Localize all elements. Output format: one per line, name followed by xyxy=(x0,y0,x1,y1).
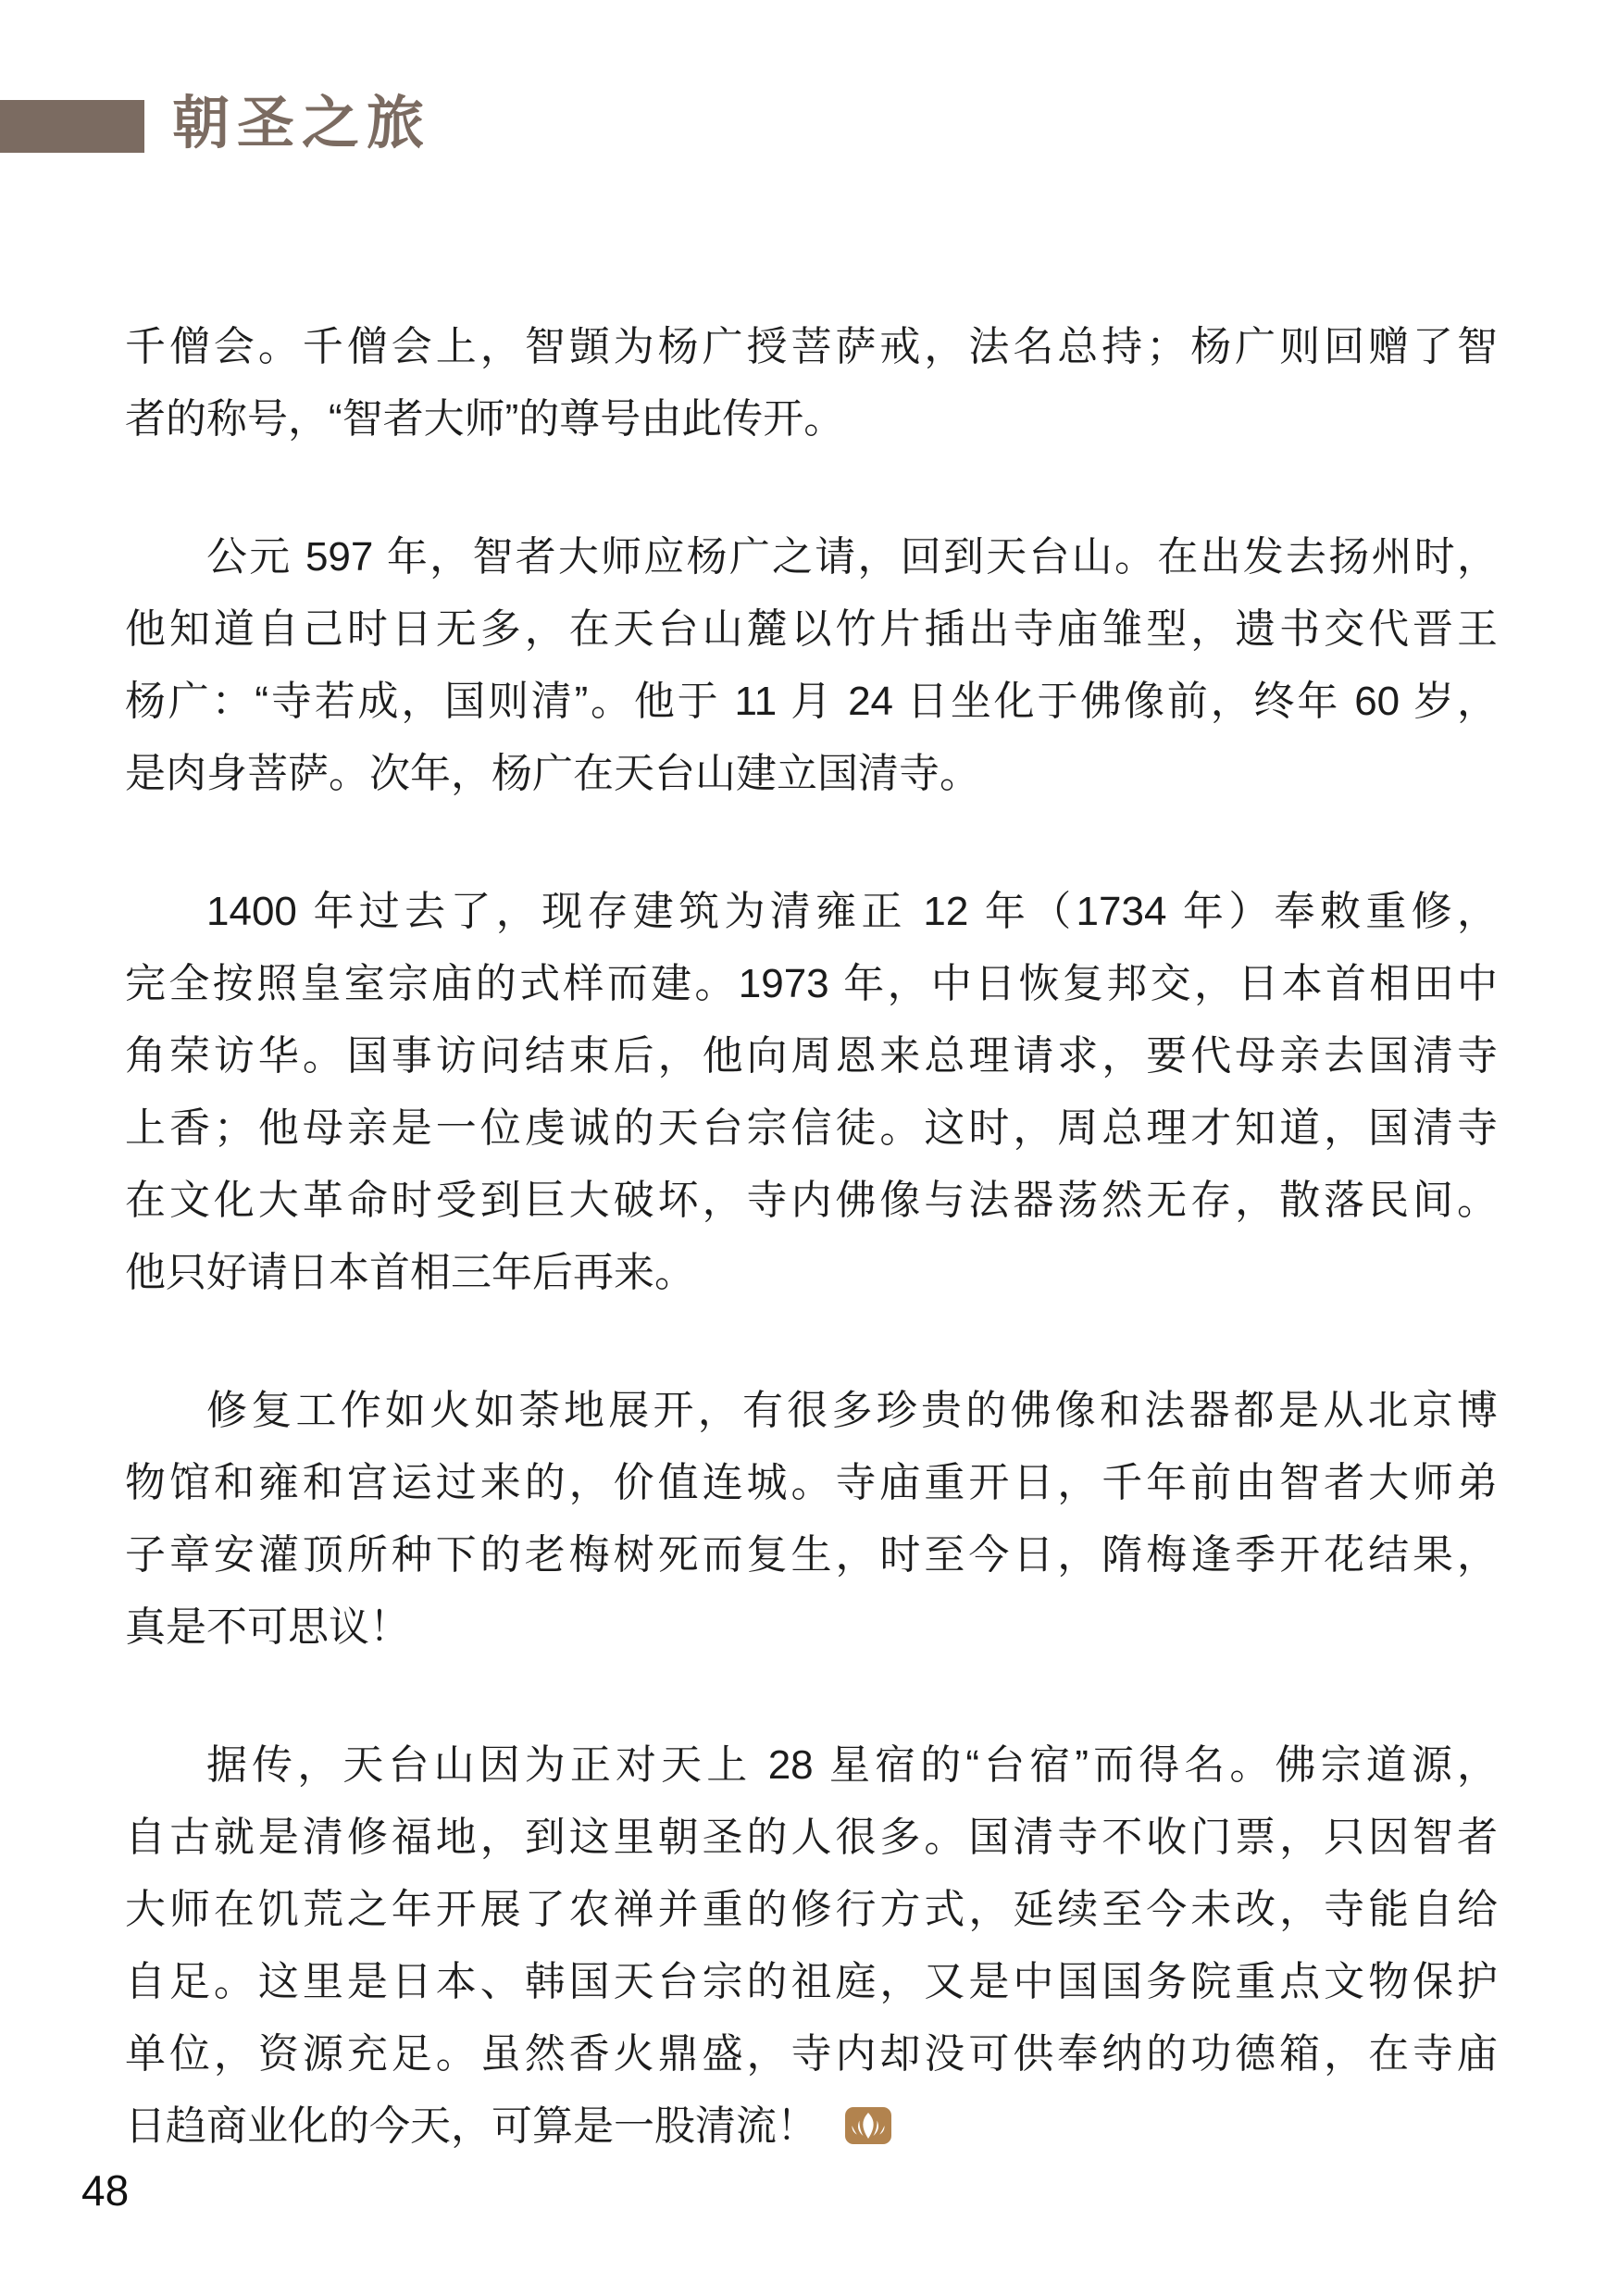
text-line: 杨广：“寺若成，国则清”。他于 11 月 24 日坐化于佛像前，终年 60 岁， xyxy=(125,666,1498,738)
text-line: 他知道自己时日无多，在天台山麓以竹片插出寺庙雏型，遗书交代晋王 xyxy=(125,593,1498,666)
text-line: 据传，天台山因为正对天上 28 星宿的“台宿”而得名。佛宗道源， xyxy=(125,1729,1498,1802)
header-accent-bar xyxy=(0,100,144,153)
text-line: 单位，资源充足。虽然香火鼎盛，寺内却没可供奉纳的功德箱，在寺庙 xyxy=(125,2018,1498,2090)
book-page: 朝圣之旅 千僧会。千僧会上，智顗为杨广授菩萨戒，法名总持；杨广则回赠了智者的称号… xyxy=(0,0,1618,2296)
text-line: 公元 597 年，智者大师应杨广之请，回到天台山。在出发去扬州时， xyxy=(125,521,1498,593)
text-line: 大师在饥荒之年开展了农禅并重的修行方式，延续至今未改，寺能自给 xyxy=(125,1874,1498,1946)
text-line: 者的称号，“智者大师”的尊号由此传开。 xyxy=(125,383,1498,455)
paragraph: 修复工作如火如荼地展开，有很多珍贵的佛像和法器都是从北京博物馆和雍和宫运过来的，… xyxy=(125,1375,1498,1664)
text-line: 是肉身菩萨。次年，杨广在天台山建立国清寺。 xyxy=(125,738,1498,810)
text-line: 物馆和雍和宫运过来的，价值连城。寺庙重开日，千年前由智者大师弟 xyxy=(125,1447,1498,1519)
text-line: 千僧会。千僧会上，智顗为杨广授菩萨戒，法名总持；杨广则回赠了智 xyxy=(125,311,1498,383)
paragraph: 据传，天台山因为正对天上 28 星宿的“台宿”而得名。佛宗道源，自古就是清修福地… xyxy=(125,1729,1498,2163)
text-line: 子章安灌顶所种下的老梅树死而复生，时至今日，隋梅逢季开花结果， xyxy=(125,1519,1498,1591)
paragraph: 公元 597 年，智者大师应杨广之请，回到天台山。在出发去扬州时，他知道自己时日… xyxy=(125,521,1498,810)
text-line: 1400 年过去了，现存建筑为清雍正 12 年（1734 年）奉敕重修， xyxy=(125,876,1498,948)
text-line: 自古就是清修福地，到这里朝圣的人很多。国清寺不收门票，只因智者 xyxy=(125,1802,1498,1874)
text-line: 角荣访华。国事访问结束后，他向周恩来总理请求，要代母亲去国清寺 xyxy=(125,1020,1498,1092)
text-line: 在文化大革命时受到巨大破坏，寺内佛像与法器荡然无存，散落民间。 xyxy=(125,1165,1498,1237)
paragraph: 千僧会。千僧会上，智顗为杨广授菩萨戒，法名总持；杨广则回赠了智者的称号，“智者大… xyxy=(125,311,1498,455)
text-line: 修复工作如火如荼地展开，有很多珍贵的佛像和法器都是从北京博 xyxy=(125,1375,1498,1447)
lotus-icon xyxy=(845,2107,891,2144)
text-line: 完全按照皇室宗庙的式样而建。1973 年，中日恢复邦交，日本首相田中 xyxy=(125,948,1498,1020)
page-number: 48 xyxy=(81,2163,129,2218)
text-line: 真是不可思议！ xyxy=(125,1591,1498,1664)
page-title: 朝圣之旅 xyxy=(172,87,431,161)
paragraph: 1400 年过去了，现存建筑为清雍正 12 年（1734 年）奉敕重修，完全按照… xyxy=(125,876,1498,1309)
text-line: 自足。这里是日本、韩国天台宗的祖庭，又是中国国务院重点文物保护 xyxy=(125,1946,1498,2018)
text-line: 他只好请日本首相三年后再来。 xyxy=(125,1237,1498,1309)
article-body: 千僧会。千僧会上，智顗为杨广授菩萨戒，法名总持；杨广则回赠了智者的称号，“智者大… xyxy=(125,311,1498,2163)
text-line: 上香；他母亲是一位虔诚的天台宗信徒。这时，周总理才知道，国清寺 xyxy=(125,1092,1498,1165)
text-line: 日趋商业化的今天，可算是一股清流！ xyxy=(125,2090,1498,2163)
